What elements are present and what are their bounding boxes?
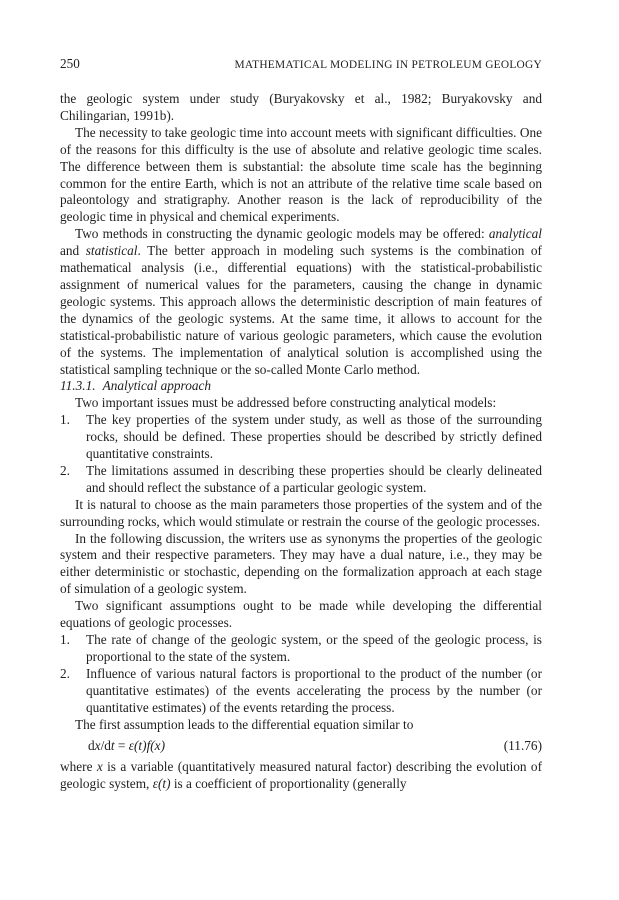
paragraph-text: It is natural to choose as the main para… (60, 497, 542, 529)
equation-number: (11.76) (504, 738, 542, 755)
equation: dx/dt = ε(t)f(x) (11.76) (60, 738, 542, 755)
section-title: Analytical approach (103, 378, 211, 393)
list-item-text: The limitations assumed in describing th… (86, 463, 542, 497)
page-header: 250 MATHEMATICAL MODELING IN PETROLEUM G… (60, 56, 542, 72)
paragraph: where x is a variable (quantitatively me… (60, 759, 542, 793)
paragraph: The necessity to take geologic time into… (60, 125, 542, 226)
list-item-text: The key properties of the system under s… (86, 412, 542, 463)
paragraph: Two methods in constructing the dynamic … (60, 226, 542, 378)
paragraph-text: is a coefficient of proportionality (gen… (171, 776, 407, 791)
section-number: 11.3.1. (60, 378, 96, 393)
paragraph-text: . The better approach in modeling such s… (60, 243, 542, 376)
list-item: 1. The key properties of the system unde… (60, 412, 542, 463)
list-item-number: 1. (60, 632, 86, 666)
paragraph-text: The first assumption leads to the differ… (75, 717, 413, 732)
list-item: 2. The limitations assumed in describing… (60, 463, 542, 497)
list-item-text: The rate of change of the geologic syste… (86, 632, 542, 666)
section-heading: 11.3.1.Analytical approach (60, 378, 542, 395)
paragraph-text: The necessity to take geologic time into… (60, 125, 542, 225)
italic-term: analytical (489, 226, 542, 241)
math-variable: ε(t) (153, 776, 171, 791)
list-item-number: 2. (60, 463, 86, 497)
paragraph: The first assumption leads to the differ… (60, 717, 542, 734)
paragraph-text: Two important issues must be addressed b… (75, 395, 496, 410)
list-item: 2. Influence of various natural factors … (60, 666, 542, 717)
paragraph-continuation: the geologic system under study (Buryako… (60, 91, 542, 125)
italic-term: statistical (86, 243, 138, 258)
paragraph-text: the geologic system under study (Buryako… (60, 91, 542, 123)
body-text: the geologic system under study (Buryako… (60, 91, 542, 793)
paragraph-text: where (60, 759, 97, 774)
equation-formula: dx/dt = ε(t)f(x) (60, 738, 165, 755)
paragraph-text: and (60, 243, 86, 258)
paragraph: It is natural to choose as the main para… (60, 497, 542, 531)
running-title: MATHEMATICAL MODELING IN PETROLEUM GEOLO… (235, 59, 542, 71)
paragraph: Two significant assumptions ought to be … (60, 598, 542, 632)
paragraph-text: Two significant assumptions ought to be … (60, 598, 542, 630)
list-item: 1. The rate of change of the geologic sy… (60, 632, 542, 666)
paragraph: In the following discussion, the writers… (60, 531, 542, 599)
list-item-number: 2. (60, 666, 86, 717)
list-item-number: 1. (60, 412, 86, 463)
list-item-text: Influence of various natural factors is … (86, 666, 542, 717)
page-number: 250 (60, 56, 80, 72)
paragraph: Two important issues must be addressed b… (60, 395, 542, 412)
paragraph-text: Two methods in constructing the dynamic … (75, 226, 489, 241)
book-page: 250 MATHEMATICAL MODELING IN PETROLEUM G… (60, 56, 542, 793)
paragraph-text: In the following discussion, the writers… (60, 531, 542, 597)
